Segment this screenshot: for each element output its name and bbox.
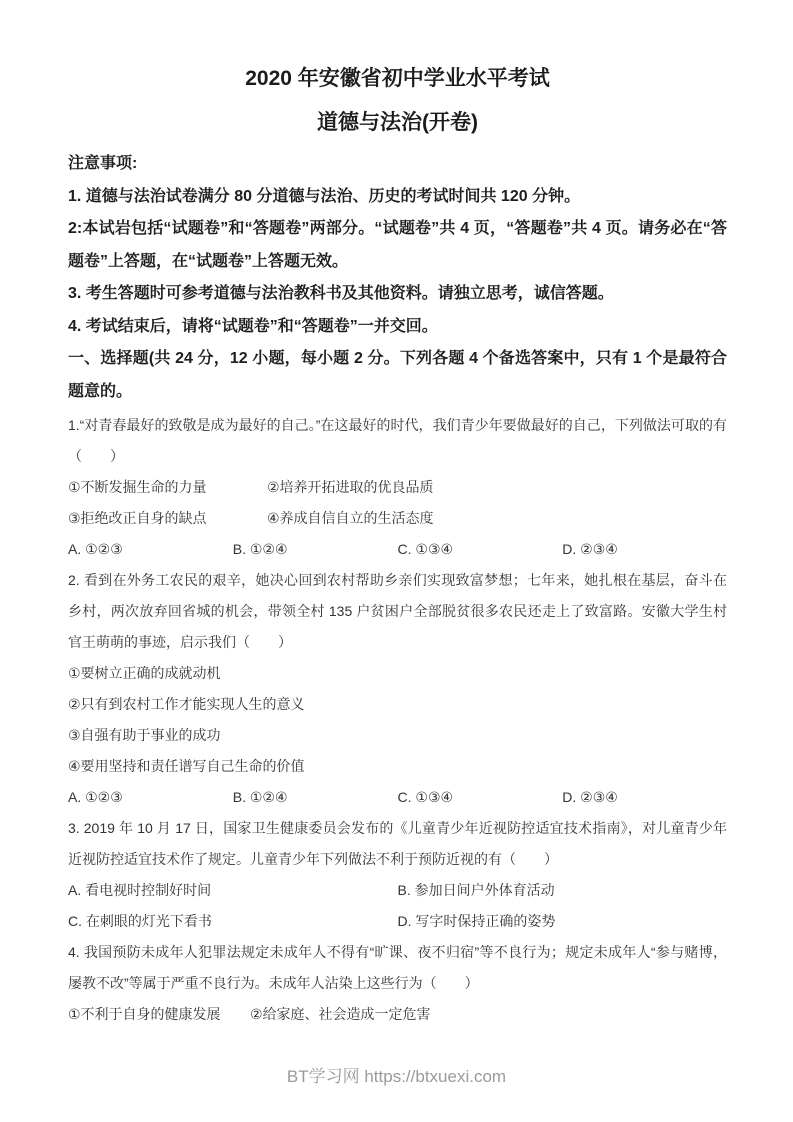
question-2-options: A. ①②③ B. ①②④ C. ①③④ D. ②③④ <box>68 782 727 813</box>
question-1-options: A. ①②③ B. ①②④ C. ①③④ D. ②③④ <box>68 534 727 565</box>
question-3-stem: 3. 2019 年 10 月 17 日，国家卫生健康委员会发布的《儿童青少年近视… <box>68 813 727 875</box>
exam-title: 2020 年安徽省初中学业水平考试 <box>68 64 727 94</box>
question-2-option-d: D. ②③④ <box>562 782 727 813</box>
question-2-items: ①要树立正确的成就动机 ②只有到农村工作才能实现人生的意义 ③自强有助于事业的成… <box>68 658 727 782</box>
question-1: 1.“对青春最好的致敬是成为最好的自己。”在这最好的时代，我们青少年要做最好的自… <box>68 410 727 565</box>
notice-item-3: 3. 考生答题时可参考道德与法治教科书及其他资料。请独立思考，诚信答题。 <box>68 278 727 311</box>
question-4-item-1: ①不利于自身的健康发展 <box>68 999 250 1030</box>
notice-heading: 注意事项: <box>68 148 727 181</box>
question-3-options: A. 看电视时控制好时间 B. 参加日间户外体育活动 C. 在刺眼的灯光下看书 … <box>68 875 727 937</box>
question-3-option-d: D. 写字时保持正确的姿势 <box>398 906 728 937</box>
exam-page: 2020 年安徽省初中学业水平考试 道德与法治(开卷) 注意事项: 1. 道德与… <box>0 0 793 1030</box>
question-3-option-a: A. 看电视时控制好时间 <box>68 875 398 906</box>
question-1-stem: 1.“对青春最好的致敬是成为最好的自己。”在这最好的时代，我们青少年要做最好的自… <box>68 410 727 472</box>
question-3: 3. 2019 年 10 月 17 日，国家卫生健康委员会发布的《儿童青少年近视… <box>68 813 727 937</box>
question-2-item-4: ④要用坚持和责任谱写自己生命的价值 <box>68 751 727 782</box>
question-2-option-b: B. ①②④ <box>233 782 398 813</box>
question-1-items-row-1: ①不断发掘生命的力量②培养开拓进取的优良品质 <box>68 472 727 503</box>
question-2-item-2: ②只有到农村工作才能实现人生的意义 <box>68 689 727 720</box>
question-1-item-4: ④养成自信自立的生活态度 <box>267 510 434 526</box>
exam-subtitle: 道德与法治(开卷) <box>68 108 727 138</box>
question-1-item-1: ①不断发掘生命的力量 <box>68 472 267 503</box>
question-1-option-b: B. ①②④ <box>233 534 398 565</box>
question-2-item-1: ①要树立正确的成就动机 <box>68 658 727 689</box>
section-heading: 一、选择题(共 24 分，12 小题，每小题 2 分。下列各题 4 个备选答案中… <box>68 343 727 408</box>
question-1-items-row-2: ③拒绝改正自身的缺点④养成自信自立的生活态度 <box>68 503 727 534</box>
question-4: 4. 我国预防未成年人犯罪法规定未成年人不得有“旷课、夜不归宿”等不良行为；规定… <box>68 937 727 1030</box>
question-1-option-a: A. ①②③ <box>68 534 233 565</box>
question-1-option-d: D. ②③④ <box>562 534 727 565</box>
question-2-item-3: ③自强有助于事业的成功 <box>68 720 727 751</box>
question-1-item-2: ②培养开拓进取的优良品质 <box>267 479 434 495</box>
question-3-option-c: C. 在刺眼的灯光下看书 <box>68 906 398 937</box>
question-2: 2. 看到在外务工农民的艰辛，她决心回到农村帮助乡亲们实现致富梦想；七年来，她扎… <box>68 565 727 813</box>
notice-item-2: 2:本试岩包括“试题卷”和“答题卷”两部分。“试题卷”共 4 页，“答题卷”共 … <box>68 213 727 278</box>
question-list: 1.“对青春最好的致敬是成为最好的自己。”在这最好的时代，我们青少年要做最好的自… <box>68 410 727 1030</box>
notice-item-1: 1. 道德与法治试卷满分 80 分道德与法治、历史的考试时间共 120 分钟。 <box>68 181 727 214</box>
question-2-stem: 2. 看到在外务工农民的艰辛，她决心回到农村帮助乡亲们实现致富梦想；七年来，她扎… <box>68 565 727 658</box>
question-2-option-c: C. ①③④ <box>398 782 563 813</box>
question-1-option-c: C. ①③④ <box>398 534 563 565</box>
question-4-item-2: ②给家庭、社会造成一定危害 <box>250 1006 431 1022</box>
question-1-item-3: ③拒绝改正自身的缺点 <box>68 503 267 534</box>
question-2-option-a: A. ①②③ <box>68 782 233 813</box>
question-3-option-b: B. 参加日间户外体育活动 <box>398 875 728 906</box>
notice-block: 注意事项: 1. 道德与法治试卷满分 80 分道德与法治、历史的考试时间共 12… <box>68 148 727 408</box>
watermark-text: BT学习网 https://btxuexi.com <box>0 1062 793 1087</box>
notice-item-4: 4. 考试结束后，请将“试题卷”和“答题卷”一并交回。 <box>68 311 727 344</box>
question-4-items-row-1: ①不利于自身的健康发展②给家庭、社会造成一定危害 <box>68 999 727 1030</box>
question-4-stem: 4. 我国预防未成年人犯罪法规定未成年人不得有“旷课、夜不归宿”等不良行为；规定… <box>68 937 727 999</box>
